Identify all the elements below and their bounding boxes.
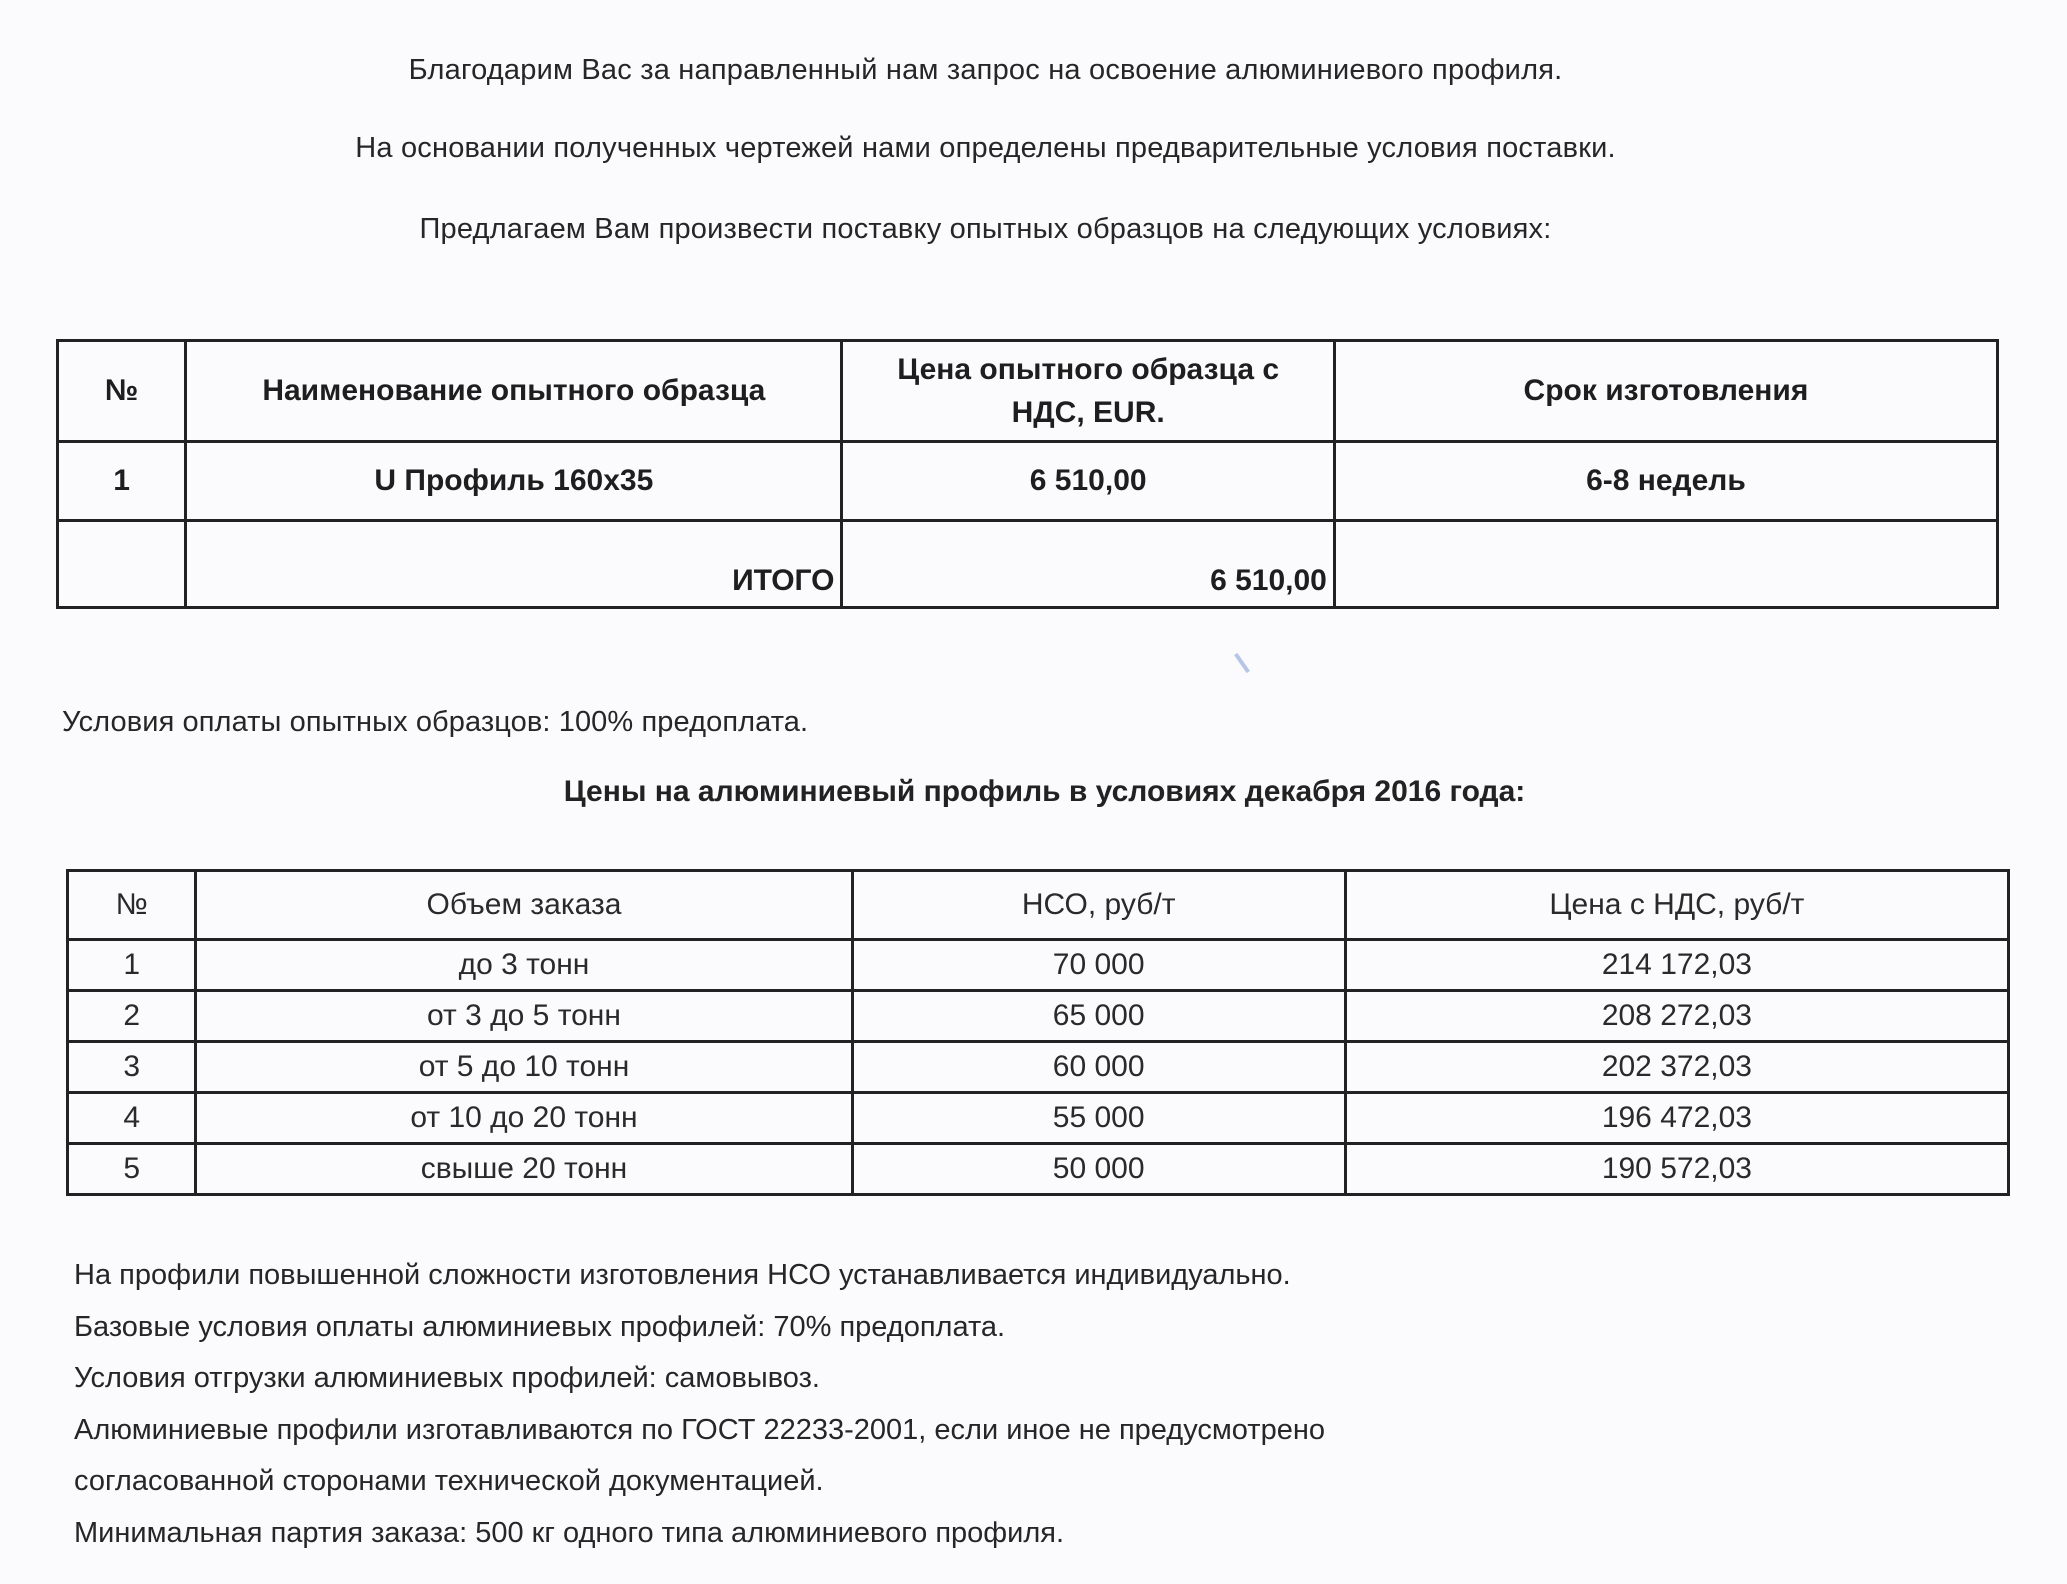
total-row: ИТОГО 6 510,00 (58, 521, 1998, 608)
header-order-volume: Объем заказа (196, 871, 852, 940)
header-sample-name: Наименование опытного образца (186, 341, 842, 442)
row-price-vat: 208 272,03 (1345, 991, 2008, 1042)
total-empty-cell (58, 521, 186, 608)
header-price-vat: Цена с НДС, руб/т (1345, 871, 2008, 940)
total-value: 6 510,00 (842, 521, 1334, 608)
row-nso: 70 000 (852, 940, 1345, 991)
row-volume: до 3 тонн (196, 940, 852, 991)
row-no: 4 (68, 1093, 196, 1144)
row-volume: от 5 до 10 тонн (196, 1042, 852, 1093)
row-sample-price: 6 510,00 (842, 442, 1334, 521)
row-no: 1 (68, 940, 196, 991)
row-nso: 50 000 (852, 1144, 1345, 1195)
header-no: № (68, 871, 196, 940)
samples-table: № Наименование опытного образца Цена опы… (56, 339, 1999, 609)
row-nso: 60 000 (852, 1042, 1345, 1093)
sample-payment-terms: Условия оплаты опытных образцов: 100% пр… (62, 706, 808, 739)
header-lead-time: Срок изготовления (1334, 341, 1997, 442)
table-row: 3 от 5 до 10 тонн 60 000 202 372,03 (68, 1042, 2009, 1093)
scan-mark (1234, 653, 1250, 673)
row-nso: 55 000 (852, 1093, 1345, 1144)
row-no: 3 (68, 1042, 196, 1093)
table-row: 1 до 3 тонн 70 000 214 172,03 (68, 940, 2009, 991)
intro-line-1: Благодарим Вас за направленный нам запро… (0, 54, 2019, 87)
note-complex-profiles: На профили повышенной сложности изготовл… (74, 1250, 1325, 1302)
row-price-vat: 202 372,03 (1345, 1042, 2008, 1093)
table-row: 4 от 10 до 20 тонн 55 000 196 472,03 (68, 1093, 2009, 1144)
prices-title: Цены на алюминиевый профиль в условиях д… (0, 775, 2067, 809)
intro-line-3: Предлагаем Вам произвести поставку опытн… (0, 213, 2019, 246)
row-sample-name: U Профиль 160х35 (186, 442, 842, 521)
header-sample-price: Цена опытного образца с НДС, EUR. (842, 341, 1334, 442)
row-volume: от 10 до 20 тонн (196, 1093, 852, 1144)
prices-table-header: № Объем заказа НСО, руб/т Цена с НДС, ру… (68, 871, 2009, 940)
header-nso: НСО, руб/т (852, 871, 1345, 940)
samples-table-header: № Наименование опытного образца Цена опы… (58, 341, 1998, 442)
total-empty-cell-2 (1334, 521, 1997, 608)
row-no: 2 (68, 991, 196, 1042)
row-volume: свыше 20 тонн (196, 1144, 852, 1195)
note-standard: Алюминиевые профили изготавливаются по Г… (74, 1405, 1325, 1457)
note-minimum-order: Минимальная партия заказа: 500 кг одного… (74, 1508, 1325, 1560)
note-payment-terms: Базовые условия оплаты алюминиевых профи… (74, 1302, 1325, 1354)
header-no: № (58, 341, 186, 442)
table-row: 1 U Профиль 160х35 6 510,00 6-8 недель (58, 442, 1998, 521)
row-lead-time: 6-8 недель (1334, 442, 1997, 521)
row-nso: 65 000 (852, 991, 1345, 1042)
row-price-vat: 190 572,03 (1345, 1144, 2008, 1195)
terms-notes: На профили повышенной сложности изготовл… (74, 1250, 1325, 1559)
table-row: 5 свыше 20 тонн 50 000 190 572,03 (68, 1144, 2009, 1195)
intro-line-2: На основании полученных чертежей нами оп… (0, 132, 2019, 165)
table-row: 2 от 3 до 5 тонн 65 000 208 272,03 (68, 991, 2009, 1042)
note-shipping-terms: Условия отгрузки алюминиевых профилей: с… (74, 1353, 1325, 1405)
total-label: ИТОГО (186, 521, 842, 608)
prices-table: № Объем заказа НСО, руб/т Цена с НДС, ру… (66, 869, 2010, 1196)
row-volume: от 3 до 5 тонн (196, 991, 852, 1042)
row-no: 5 (68, 1144, 196, 1195)
row-no: 1 (58, 442, 186, 521)
note-standard-cont: согласованной сторонами технической доку… (74, 1456, 1325, 1508)
row-price-vat: 196 472,03 (1345, 1093, 2008, 1144)
row-price-vat: 214 172,03 (1345, 940, 2008, 991)
